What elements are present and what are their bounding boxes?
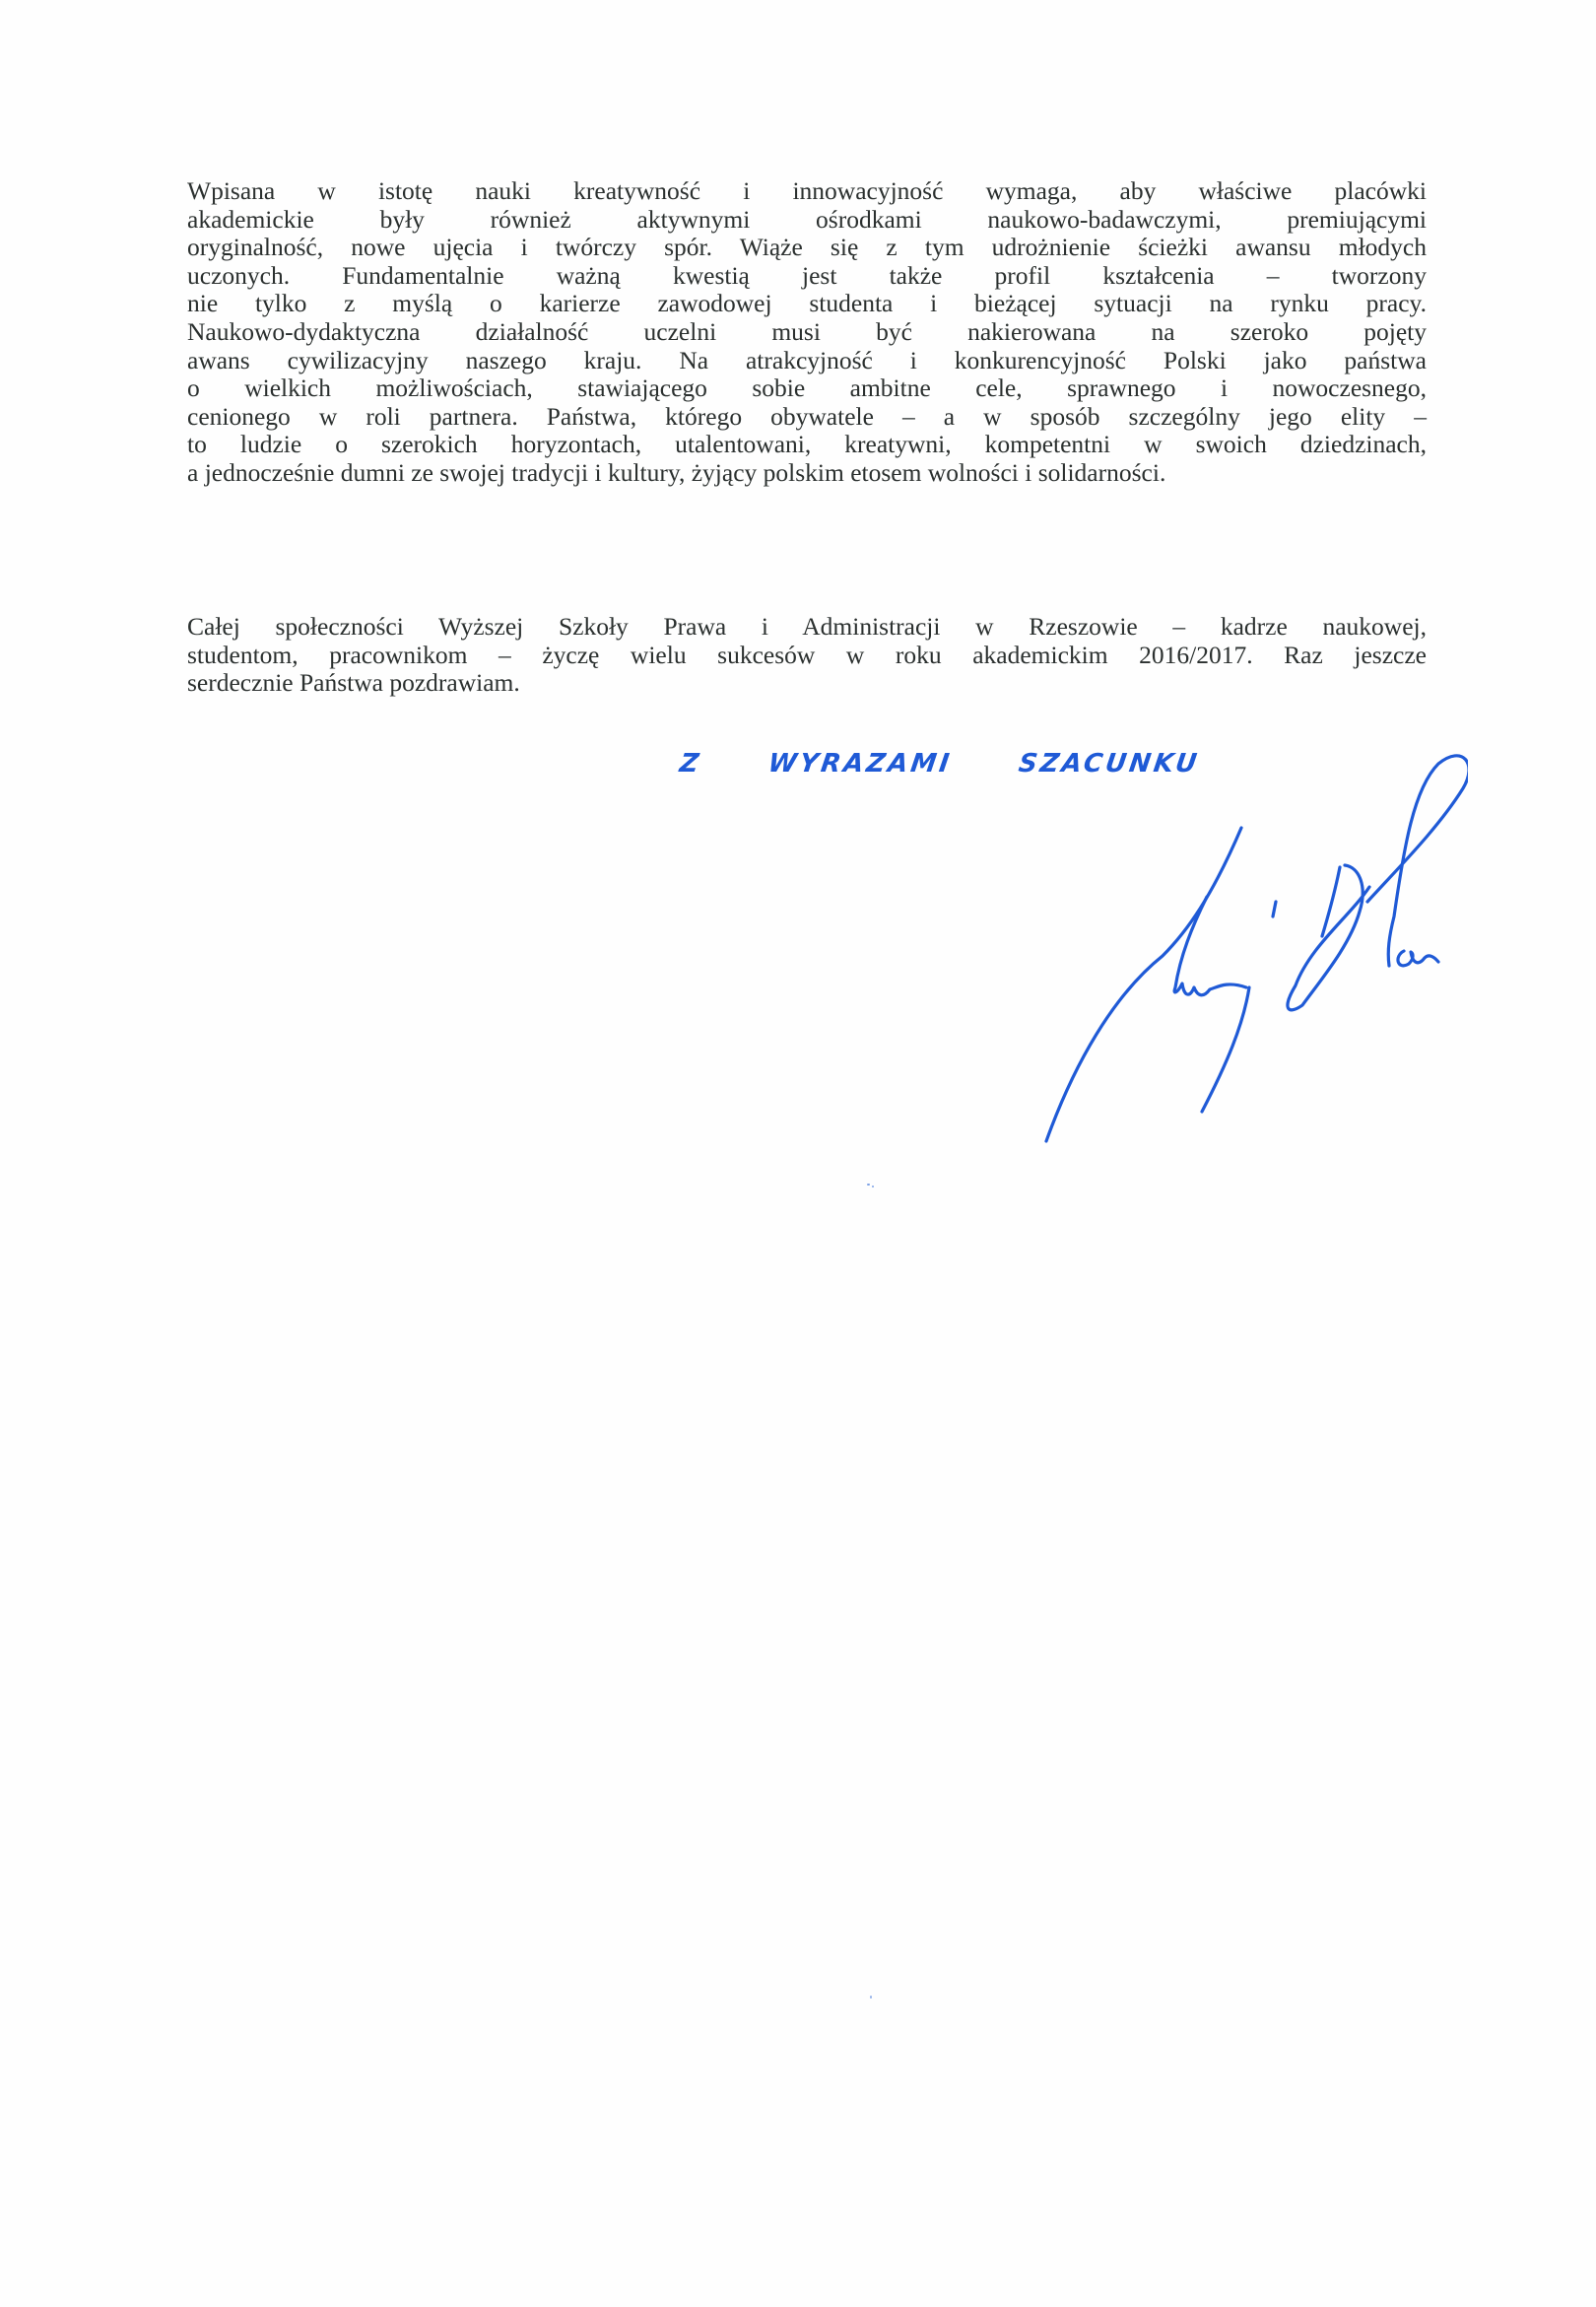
text-line: Wpisana w istotę nauki kreatywność i inn… xyxy=(187,177,1427,206)
text-line: serdecznie Państwa pozdrawiam. xyxy=(187,669,1427,698)
text-line: Całej społeczności Wyższej Szkoły Prawa … xyxy=(187,613,1427,642)
text-line: oryginalność, nowe ujęcia i twórczy spór… xyxy=(187,234,1427,262)
scan-speck xyxy=(867,1184,870,1186)
text-line: cenionego w roli partnera. Państwa, któr… xyxy=(187,403,1427,432)
text-line: a jednocześnie dumni ze swojej tradycji … xyxy=(187,459,1427,488)
text-line: studentom, pracownikom – życzę wielu suk… xyxy=(187,642,1427,670)
scan-speck xyxy=(872,1186,874,1187)
paragraph-1: Wpisana w istotę nauki kreatywność i inn… xyxy=(187,177,1427,488)
text-line: awans cywilizacyjny naszego kraju. Na at… xyxy=(187,347,1427,375)
text-line: to ludzie o szerokich horyzontach, utale… xyxy=(187,431,1427,459)
scanned-letter-page: Wpisana w istotę nauki kreatywność i inn… xyxy=(0,0,1596,2307)
paragraph-2: Całej społeczności Wyższej Szkoły Prawa … xyxy=(187,613,1427,698)
text-line: o wielkich możliwościach, stawiającego s… xyxy=(187,374,1427,403)
signature xyxy=(1015,729,1468,1153)
scan-speck xyxy=(870,1996,872,1999)
text-line: akademickie były również aktywnymi ośrod… xyxy=(187,206,1427,235)
text-line: Naukowo-dydaktyczna działalność uczelni … xyxy=(187,318,1427,347)
text-line: nie tylko z myślą o karierze zawodowej s… xyxy=(187,290,1427,318)
text-line: uczonych. Fundamentalnie ważną kwestią j… xyxy=(187,262,1427,291)
